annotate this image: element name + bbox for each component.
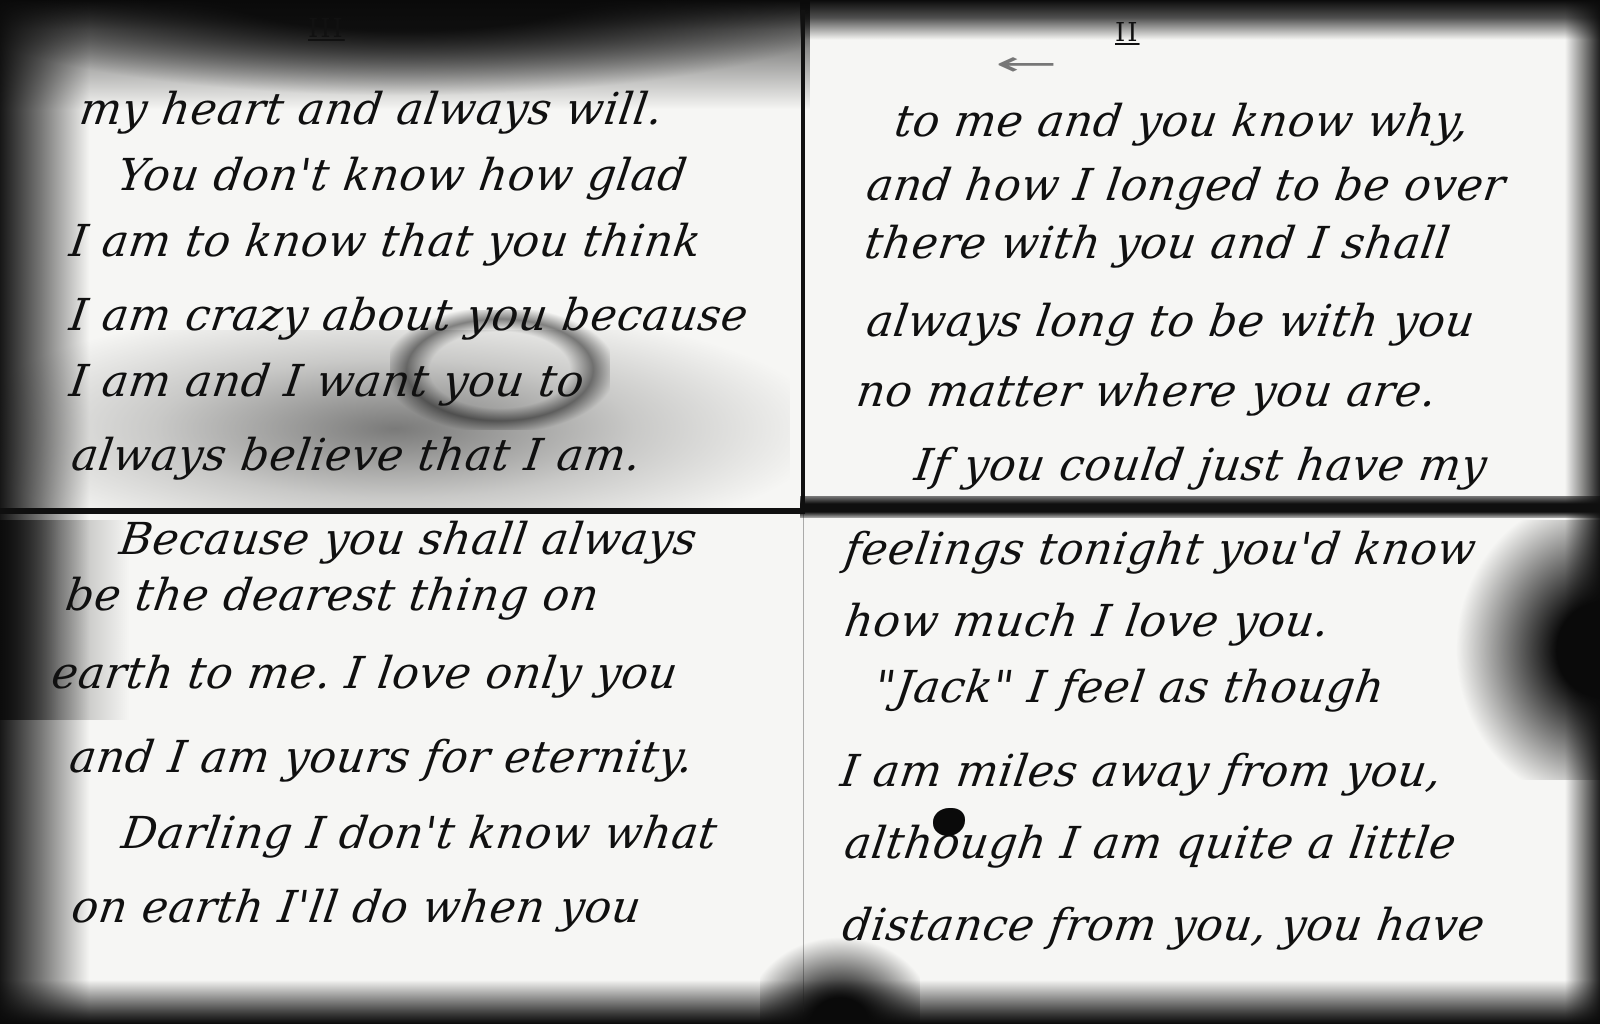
letter-scan: III my heart and always will. You don't … bbox=[0, 0, 1600, 1024]
text-line: always believe that I am. bbox=[68, 430, 644, 481]
text-line: If you could just have my bbox=[911, 440, 1490, 491]
page-number: II bbox=[1115, 18, 1140, 48]
letter-page-left: III my heart and always will. You don't … bbox=[0, 0, 800, 1024]
text-line: no matter where you are. bbox=[853, 366, 1439, 417]
text-line: my heart and always will. bbox=[76, 84, 666, 135]
text-line: I am and I want you to bbox=[66, 356, 587, 407]
text-line: I am crazy about you because bbox=[66, 290, 751, 341]
text-line: I am miles away from you, bbox=[837, 746, 1445, 797]
text-line: on earth I'll do when you bbox=[68, 882, 644, 933]
text-line: how much I love you. bbox=[841, 596, 1332, 647]
text-line: earth to me. I love only you bbox=[48, 648, 681, 699]
left-arrow-icon: ← bbox=[995, 44, 1058, 84]
text-line: You don't know how glad bbox=[114, 150, 690, 201]
text-line: always long to be with you bbox=[863, 296, 1478, 347]
letter-page-right: II ← to me and you know why, and how I l… bbox=[805, 0, 1600, 1024]
text-line: and how I longed to be over bbox=[863, 160, 1508, 211]
text-line: Darling I don't know what bbox=[118, 808, 720, 859]
text-line: "Jack" I feel as though bbox=[871, 662, 1387, 713]
text-line: there with you and I shall bbox=[861, 218, 1453, 269]
text-line: and I am yours for eternity. bbox=[66, 732, 696, 783]
text-line: to me and you know why, bbox=[891, 96, 1472, 147]
page-number: III bbox=[308, 14, 345, 44]
text-line: feelings tonight you'd know bbox=[841, 524, 1479, 575]
text-line: I am to know that you think bbox=[66, 216, 704, 267]
text-line: be the dearest thing on bbox=[62, 570, 602, 621]
text-line: distance from you, you have bbox=[839, 900, 1488, 951]
vertical-fold-line bbox=[803, 512, 804, 1012]
text-line: Because you shall always bbox=[116, 514, 700, 565]
